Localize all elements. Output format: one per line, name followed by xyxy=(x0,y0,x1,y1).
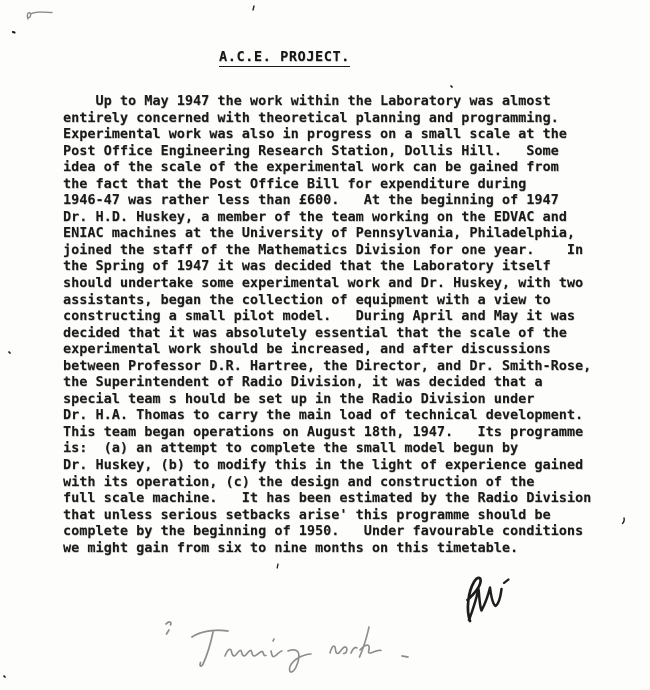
text-line: special team s hould be set up in the Ra… xyxy=(63,391,591,408)
pencil-scribble-mark xyxy=(25,8,55,22)
text-line: experimental work should be increased, a… xyxy=(63,341,591,358)
text-line: between Professor D.R. Hartree, the Dire… xyxy=(63,358,591,375)
text-line: decided that it was absolutely essential… xyxy=(63,325,591,342)
document-body: Up to May 1947 the work within the Labor… xyxy=(63,93,591,556)
signature-initials-handwriting xyxy=(448,574,512,626)
text-line: the Superintendent of Radio Division, it… xyxy=(63,374,591,391)
text-line: ENIAC machines at the University of Penn… xyxy=(63,225,591,242)
text-line: entirely concerned with theoretical plan… xyxy=(63,110,591,127)
text-line: This team began operations on August 18t… xyxy=(63,424,591,441)
pencil-note-handwriting xyxy=(155,612,425,680)
text-line: that unless serious setbacks arise' this… xyxy=(63,507,591,524)
text-line: complete by the beginning of 1950. Under… xyxy=(63,523,591,540)
text-line: the fact that the Post Office Bill for e… xyxy=(63,176,591,193)
text-line: should undertake some experimental work … xyxy=(63,275,591,292)
text-line: Post Office Engineering Research Station… xyxy=(63,143,591,160)
text-line: assistants, began the collection of equi… xyxy=(63,292,591,309)
document-title: A.C.E. PROJECT. xyxy=(219,49,350,67)
ink-speck xyxy=(275,562,281,570)
text-line: Dr. H.A. Thomas to carry the main load o… xyxy=(63,407,591,424)
text-line: constructing a small pilot model. During… xyxy=(63,308,591,325)
ink-speck xyxy=(2,674,7,679)
text-line: 1946-47 was rather less than £600. At th… xyxy=(63,192,591,209)
text-line: Experimental work was also in progress o… xyxy=(63,126,591,143)
text-line: idea of the scale of the experimental wo… xyxy=(63,159,591,176)
text-line: Up to May 1947 the work within the Labor… xyxy=(63,93,591,110)
text-line: we might gain from six to nine months on… xyxy=(63,540,591,557)
ink-speck xyxy=(449,84,454,89)
ink-speck xyxy=(7,350,12,355)
ink-speck xyxy=(620,516,627,525)
text-line: full scale machine. It has been estimate… xyxy=(63,490,591,507)
text-line: the Spring of 1947 it was decided that t… xyxy=(63,258,591,275)
text-line: is: (a) an attempt to complete the small… xyxy=(63,440,591,457)
text-line: joined the staff of the Mathematics Divi… xyxy=(63,242,591,259)
text-line: Dr. Huskey, (b) to modify this in the li… xyxy=(63,457,591,474)
text-line: with its operation, (c) the design and c… xyxy=(63,474,591,491)
ink-speck xyxy=(11,29,17,35)
text-line: Dr. H.D. Huskey, a member of the team wo… xyxy=(63,209,591,226)
ink-speck xyxy=(251,4,257,12)
scanned-document-page: A.C.E. PROJECT. Up to May 1947 the work … xyxy=(0,0,650,690)
